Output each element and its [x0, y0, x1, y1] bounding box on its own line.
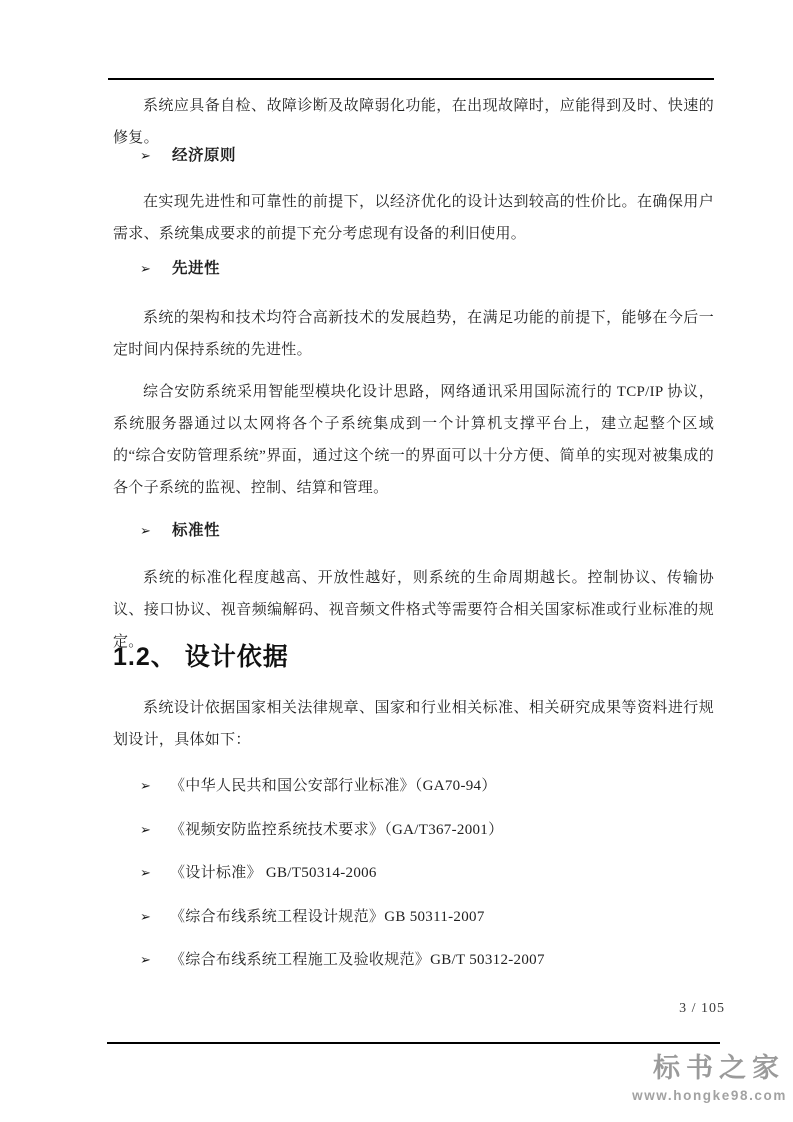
standard-list-item: ➢ 《视频安防监控系统技术要求》（GA/T367-2001） [113, 820, 714, 840]
paragraph-maintainability: 系统应具备自检、故障诊断及故障弱化功能，在出现故障时，应能得到及时、快速的修复。 [113, 90, 714, 154]
arrowhead-bullet-icon: ➢ [140, 146, 158, 166]
footer-rule [107, 1042, 720, 1044]
arrowhead-bullet-icon: ➢ [140, 907, 158, 927]
paragraph-advancement-1: 系统的架构和技术均符合高新技术的发展趋势，在满足功能的前提下，能够在今后一定时间… [113, 302, 714, 366]
arrowhead-bullet-icon: ➢ [140, 776, 158, 796]
arrowhead-bullet-icon: ➢ [140, 950, 158, 970]
standard-text: 《中华人民共和国公安部行业标准》（GA70-94） [170, 776, 497, 796]
paragraph-design-basis-intro: 系统设计依据国家相关法律规章、国家和行业相关标准、相关研究成果等资料进行规划设计… [113, 692, 714, 756]
section-label: 先进性 [172, 259, 220, 279]
arrowhead-bullet-icon: ➢ [140, 863, 158, 883]
paragraph-economy: 在实现先进性和可靠性的前提下，以经济优化的设计达到较高的性价比。在确保用户需求、… [113, 186, 714, 250]
standard-text: 《综合布线系统工程施工及验收规范》GB/T 50312-2007 [170, 950, 545, 970]
standard-text: 《视频安防监控系统技术要求》（GA/T367-2001） [170, 820, 503, 840]
section-label: 经济原则 [172, 146, 236, 166]
arrowhead-bullet-icon: ➢ [140, 259, 158, 279]
page-number: 3 / 105 [679, 1001, 725, 1017]
arrowhead-bullet-icon: ➢ [140, 521, 158, 541]
standard-text: 《综合布线系统工程设计规范》GB 50311-2007 [170, 907, 485, 927]
section-label: 标准性 [172, 521, 220, 541]
document-page: 系统应具备自检、故障诊断及故障弱化功能，在出现故障时，应能得到及时、快速的修复。… [0, 0, 793, 1122]
section-heading-standardization: ➢ 标准性 [113, 521, 714, 541]
section-heading-advancement: ➢ 先进性 [113, 259, 714, 279]
standard-list-item: ➢ 《综合布线系统工程施工及验收规范》GB/T 50312-2007 [113, 950, 714, 970]
standard-text: 《设计标准》 GB/T50314-2006 [170, 863, 377, 883]
watermark: 标书之家 www.hongke98.com [567, 1055, 787, 1103]
watermark-url: www.hongke98.com [567, 1089, 787, 1103]
paragraph-advancement-2: 综合安防系统采用智能型模块化设计思路，网络通讯采用国际流行的 TCP/IP 协议… [113, 376, 714, 504]
standard-list-item: ➢ 《设计标准》 GB/T50314-2006 [113, 863, 714, 883]
heading-design-basis: 1.2、 设计依据 [113, 640, 714, 674]
section-heading-economy: ➢ 经济原则 [113, 146, 714, 166]
header-rule [108, 78, 714, 80]
standard-list-item: ➢ 《中华人民共和国公安部行业标准》（GA70-94） [113, 776, 714, 796]
standard-list-item: ➢ 《综合布线系统工程设计规范》GB 50311-2007 [113, 907, 714, 927]
arrowhead-bullet-icon: ➢ [140, 820, 158, 840]
watermark-logo-text: 标书之家 [567, 1055, 785, 1082]
